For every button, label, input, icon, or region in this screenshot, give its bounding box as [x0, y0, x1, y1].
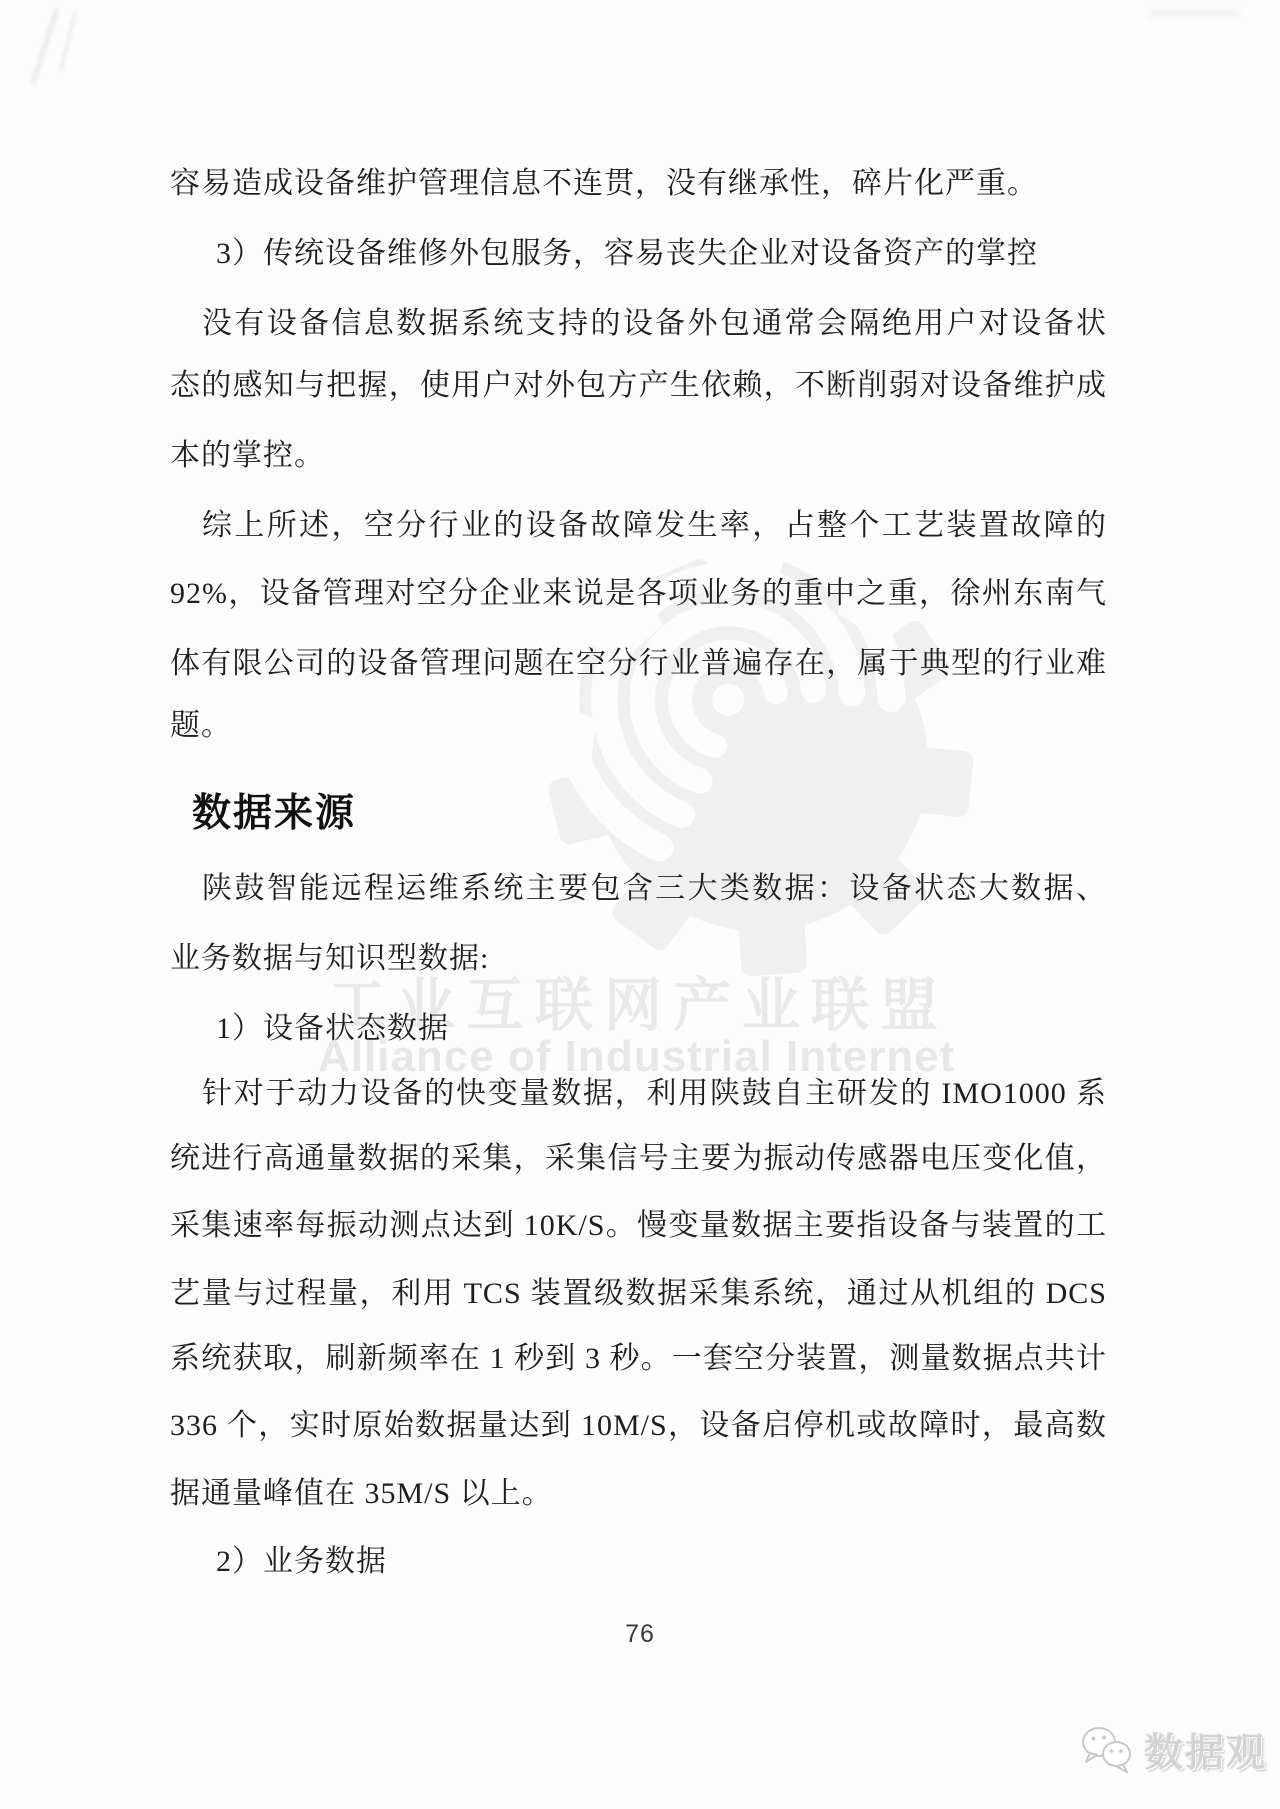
dataview-brand-watermark: 数据观: [1078, 1722, 1267, 1778]
body-line: 态的感知与把握，使用户对外包方产生依赖，不断削弱对设备维护成: [170, 369, 1107, 404]
body-line: 2）业务数据: [170, 1545, 1107, 1580]
body-line: 题。: [170, 709, 1107, 744]
body-line: 336 个，实时原始数据量达到 10M/S，设备启停机或故障时，最高数: [170, 1409, 1107, 1444]
body-line: 没有设备信息数据系统支持的设备外包通常会隔绝用户对设备状: [170, 307, 1107, 342]
section-heading: 数据来源: [192, 782, 356, 838]
body-line: 体有限公司的设备管理问题在空分行业普遍存在，属于典型的行业难: [170, 647, 1107, 682]
body-line: 92%，设备管理对空分企业来说是各项业务的重中之重，徐州东南气: [170, 577, 1107, 612]
scan-artifact: [30, 7, 60, 85]
document-page: 工业互联网产业联盟 Alliance of Industrial Interne…: [0, 0, 1280, 1809]
page-number: 76: [0, 1620, 1280, 1649]
body-line: 3）传统设备维修外包服务，容易丧失企业对设备资产的掌控: [170, 237, 1107, 272]
body-line: 陕鼓智能远程运维系统主要包含三大类数据：设备状态大数据、: [170, 872, 1107, 907]
scan-artifact: [59, 10, 78, 71]
gear-wifi-watermark-icon: [470, 548, 1050, 978]
chat-bubbles-icon: [1078, 1724, 1136, 1776]
body-line: 本的掌控。: [170, 439, 1107, 474]
body-line: 1）设备状态数据: [170, 1012, 1107, 1047]
body-line: 采集速率每振动测点达到 10K/S。慢变量数据主要指设备与装置的工: [170, 1209, 1107, 1244]
body-line: 业务数据与知识型数据:: [170, 942, 1107, 977]
body-line: 综上所述，空分行业的设备故障发生率，占整个工艺装置故障的: [170, 509, 1107, 544]
body-line: 针对于动力设备的快变量数据，利用陕鼓自主研发的 IMO1000 系: [170, 1077, 1107, 1112]
body-line: 艺量与过程量，利用 TCS 装置级数据采集系统，通过从机组的 DCS: [170, 1277, 1107, 1312]
body-line: 统进行高通量数据的采集，采集信号主要为振动传感器电压变化值，: [170, 1142, 1107, 1177]
body-line: 系统获取，刷新频率在 1 秒到 3 秒。一套空分装置，测量数据点共计: [170, 1342, 1107, 1377]
scan-artifact: [1150, 8, 1240, 18]
brand-text: 数据观: [1144, 1722, 1267, 1778]
body-line: 容易造成设备维护管理信息不连贯，没有继承性，碎片化严重。: [170, 167, 1107, 202]
body-line: 据通量峰值在 35M/S 以上。: [170, 1477, 1107, 1512]
